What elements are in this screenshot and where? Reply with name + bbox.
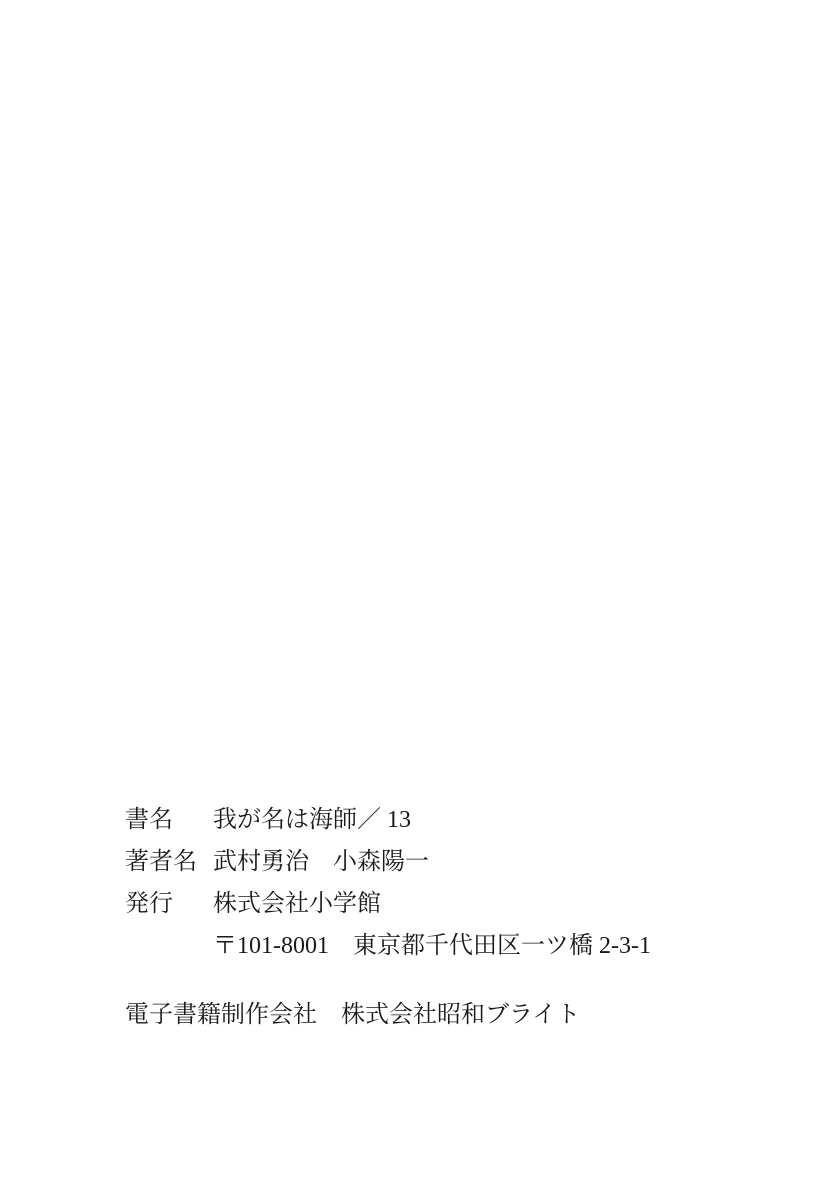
colophon-row-author: 著者名 武村勇治 小森陽一 [125, 841, 651, 883]
address-label [125, 925, 213, 967]
publisher-label: 発行 [125, 883, 213, 925]
colophon-page: 書名 我が名は海師／ 13 著者名 武村勇治 小森陽一 発行 株式会社小学館 〒… [0, 0, 840, 1200]
publisher-value: 株式会社小学館 [213, 883, 381, 925]
colophon-row-address: 〒101-8001 東京都千代田区一ツ橋 2-3-1 [125, 925, 651, 967]
colophon-row-publisher: 発行 株式会社小学館 [125, 883, 651, 925]
author-label: 著者名 [125, 841, 213, 883]
address-value: 〒101-8001 東京都千代田区一ツ橋 2-3-1 [213, 925, 651, 967]
colophon-row-title: 書名 我が名は海師／ 13 [125, 799, 651, 841]
ebook-producer-line: 電子書籍制作会社 株式会社昭和ブライト [125, 994, 580, 1036]
author-value: 武村勇治 小森陽一 [213, 841, 429, 883]
title-value: 我が名は海師／ 13 [213, 799, 411, 841]
colophon-block: 書名 我が名は海師／ 13 著者名 武村勇治 小森陽一 発行 株式会社小学館 〒… [125, 799, 651, 967]
title-label: 書名 [125, 799, 213, 841]
